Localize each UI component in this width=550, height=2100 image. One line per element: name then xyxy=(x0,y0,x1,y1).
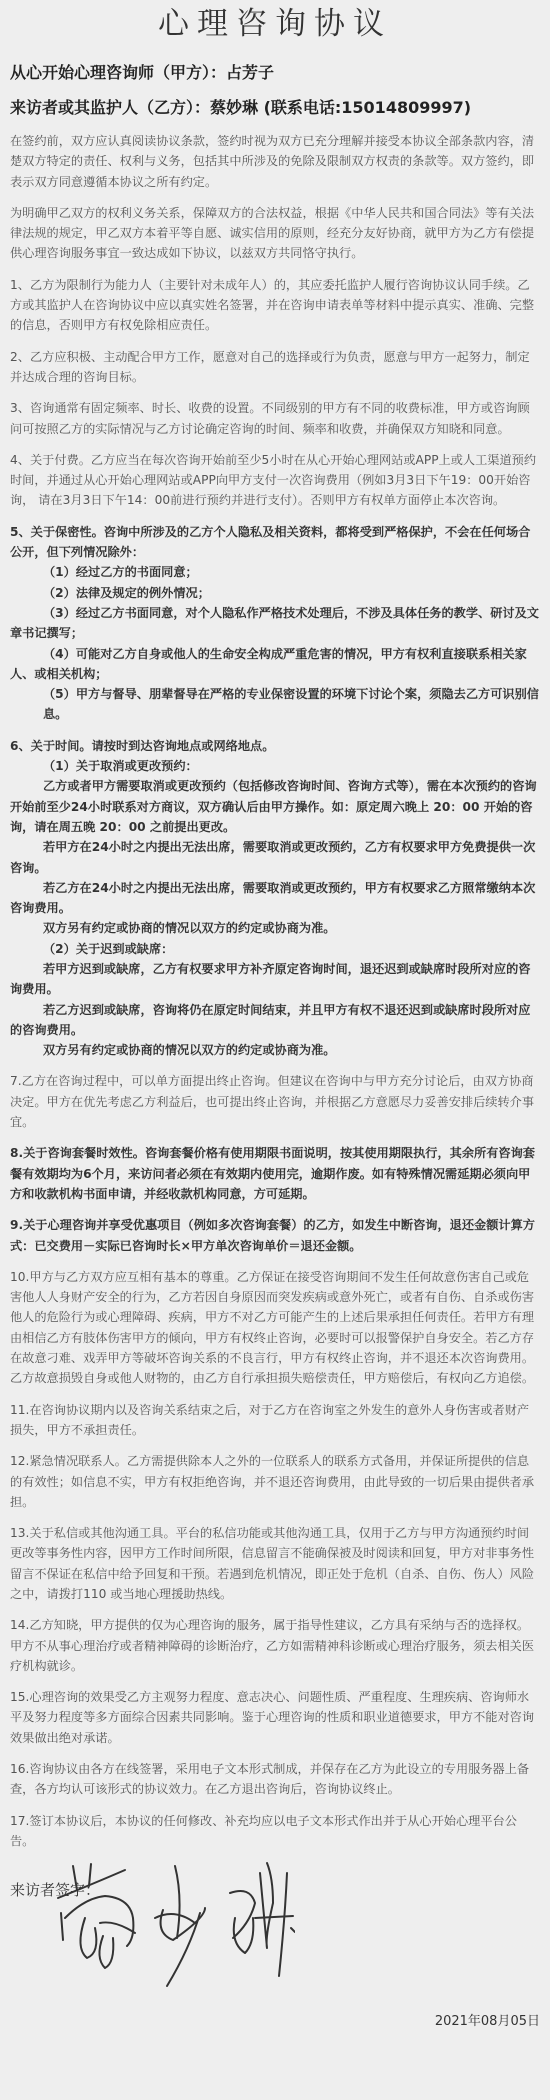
preamble-2: 为明确甲乙双方的权利义务关系，保障双方的合法权益，根据《中华人民共和国合同法》等… xyxy=(10,203,540,264)
clause-12: 12.紧急情况联系人。乙方需提供除本人之外的一位联系人的联系方式备用，并保证所提… xyxy=(10,1451,540,1512)
clause-16: 16.咨询协议由各方在线签署，采用电子文本形式制成，并保存在乙方为此设立的专用服… xyxy=(10,1759,540,1800)
clause-5-item: （3）经过乙方书面同意，对个人隐私作严格技术处理后，不涉及具体任务的教学、研讨及… xyxy=(10,603,540,644)
page-title: 心理咨询协议 xyxy=(10,0,540,50)
clause-5-item: （5）甲方与督导、朋辈督导在严格的专业保密设置的环境下讨论个案，须隐去乙方可识别… xyxy=(10,684,540,725)
clause-1: 1、乙方为限制行为能力人（主要针对未成年人）的，其应委托监护人履行咨询协议认同手… xyxy=(10,275,540,336)
clause-5: 5、关于保密性。咨询中所涉及的乙方个人隐私及相关资料，都将受到严格保护，不会在任… xyxy=(10,522,540,725)
signature-date: 2021年08月05日 xyxy=(435,2010,540,2029)
clause-6-line: 乙方或者甲方需要取消或更改预约（包括修改咨询时间、咨询方式等），需在本次预约的咨… xyxy=(10,776,540,837)
clause-6-line: 双方另有约定或协商的情况以双方的约定或协商为准。 xyxy=(10,1040,540,1060)
agreement-page: 心理咨询协议 从心开始心理咨询师（甲方）：占芳子 来访者或其监护人（乙方）：蔡妙… xyxy=(0,0,550,2100)
clause-10: 10.甲方与乙方双方应互相有基本的尊重。乙方保证在接受咨询期间不发生任何故意伤害… xyxy=(10,1267,540,1389)
clause-6-sub2-title: （2）关于迟到或缺席： xyxy=(10,939,540,959)
clause-4: 4、关于付费。乙方应当在每次咨询开始前至少5小时在从心开始心理网站或APP上或人… xyxy=(10,450,540,511)
clause-14: 14.乙方知晓，甲方提供的仅为心理咨询的服务，属于指导性建议，乙方具有采纳与否的… xyxy=(10,1615,540,1676)
clause-8: 8.关于咨询套餐时效性。咨询套餐价格有使用期限书面说明，按其使用期限执行，其余所… xyxy=(10,1143,540,1204)
clause-11: 11.在咨询协议期内以及咨询关系结束之后，对于乙方在咨询室之外发生的意外人身伤害… xyxy=(10,1400,540,1441)
clause-5-intro: 5、关于保密性。咨询中所涉及的乙方个人隐私及相关资料，都将受到严格保护，不会在任… xyxy=(10,522,540,563)
clause-5-item: （1）经过乙方的书面同意； xyxy=(10,562,540,582)
clause-9: 9.关于心理咨询并享受优惠项目（例如多次咨询套餐）的乙方，如发生中断咨询，退还金… xyxy=(10,1215,540,1256)
clause-6-sub1-title: （1）关于取消或更改预约： xyxy=(10,756,540,776)
clause-6-line: 若乙方迟到或缺席，咨询将仍在原定时间结束，并且甲方有权不退还迟到或缺席时段所对应… xyxy=(10,1000,540,1041)
clause-17: 17.签订本协议后，本协议的任何修改、补充均应以电子文本形式作出并于从心开始心理… xyxy=(10,1811,540,1852)
clause-6-line: 若甲方迟到或缺席，乙方有权要求甲方补齐原定咨询时间，退还迟到或缺席时段所对应的咨… xyxy=(10,959,540,1000)
clause-6-line: 双方另有约定或协商的情况以双方的约定或协商为准。 xyxy=(10,918,540,938)
clause-5-item: （4）可能对乙方自身或他人的生命安全构成严重危害的情况，甲方有权利直接联系相关家… xyxy=(10,644,540,685)
party-b: 来访者或其监护人（乙方）：蔡妙琳 (联系电话:15014809997) xyxy=(10,97,540,119)
handwritten-signature xyxy=(55,1858,295,1988)
clause-6-line: 若甲方在24小时之内提出无法出席，需要取消或更改预约，乙方有权要求甲方免费提供一… xyxy=(10,837,540,878)
preamble-1: 在签约前，双方应认真阅读协议条款，签约时视为双方已充分理解并接受本协议全部条款内… xyxy=(10,131,540,192)
clause-6-intro: 6、关于时间。请按时到达咨询地点或网络地点。 xyxy=(10,736,540,756)
party-a: 从心开始心理咨询师（甲方）：占芳子 xyxy=(10,62,540,84)
clause-15: 15.心理咨询的效果受乙方主观努力程度、意志决心、问题性质、严重程度、生理疾病、… xyxy=(10,1687,540,1748)
clause-13: 13.关于私信或其他沟通工具。平台的私信功能或其他沟通工具，仅用于乙方与甲方沟通… xyxy=(10,1523,540,1604)
clause-5-item: （2）法律及规定的例外情况； xyxy=(10,583,540,603)
clause-7: 7.乙方在咨询过程中，可以单方面提出终止咨询。但建议在咨询中与甲方充分讨论后，由… xyxy=(10,1071,540,1132)
clause-6: 6、关于时间。请按时到达咨询地点或网络地点。 （1）关于取消或更改预约： 乙方或… xyxy=(10,736,540,1061)
clause-3: 3、咨询通常有固定频率、时长、收费的设置。不同级别的甲方有不同的收费标准，甲方或… xyxy=(10,398,540,439)
clause-6-line: 若乙方在24小时之内提出无法出席，需要取消或更改预约，甲方有权要求乙方照常缴纳本… xyxy=(10,878,540,919)
clause-2: 2、乙方应积极、主动配合甲方工作，愿意对自己的选择或行为负责，愿意与甲方一起努力… xyxy=(10,347,540,388)
